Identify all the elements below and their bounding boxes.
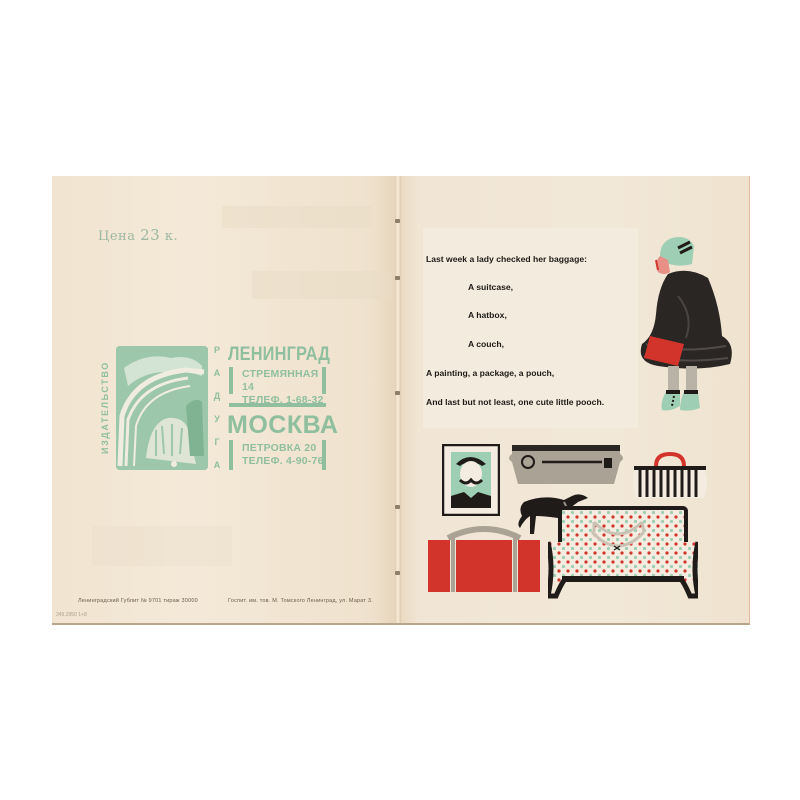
poem-line: A suitcase, <box>468 282 513 292</box>
rainbow-waterfall-logo <box>116 346 208 470</box>
show-through-text <box>222 206 372 228</box>
city-leningrad: ЛЕНИНГРАД <box>228 344 330 366</box>
poem-line: A hatbox, <box>468 310 507 320</box>
leningrad-address: СТРЕМЯННАЯ 14 ТЕЛЕФ. 1-68-32 <box>242 368 332 407</box>
moscow-address: ПЕТРОВКА 20 ТЕЛЕФ. 4-90-76 <box>242 442 324 468</box>
left-page: Цена 23 к. ИЗДАТЕЛЬСТВО Р <box>52 176 398 625</box>
letter: Г <box>214 437 219 447</box>
poem-line: And last but not least, one cute little … <box>426 397 604 407</box>
stitch-hole <box>395 391 400 395</box>
open-book-spread: Цена 23 к. ИЗДАТЕЛЬСТВО Р <box>52 176 749 623</box>
couch-illustration <box>548 506 698 600</box>
pencil-note: 349.2950 1+8 <box>56 612 87 618</box>
divider <box>229 440 233 470</box>
poem-line: A couch, <box>468 339 504 349</box>
stitch-hole <box>395 505 400 509</box>
stitch-hole <box>395 276 400 280</box>
divider <box>229 367 233 394</box>
portrait-painting-illustration <box>442 444 500 516</box>
carpet-bag-illustration <box>630 452 710 502</box>
colophon-left: Ленинградский Гублит № 9701 тираж 30000 <box>78 598 198 604</box>
address-line: СТРЕМЯННАЯ 14 <box>242 368 332 394</box>
publisher-name-vertical: Р А Д У Г А <box>212 345 222 470</box>
lady-in-fur-coat-illustration <box>638 226 748 426</box>
letter: Р <box>214 345 220 355</box>
stitch-hole <box>395 571 400 575</box>
package-illustration <box>506 444 626 488</box>
stitch-hole <box>395 219 400 223</box>
address-line: ПЕТРОВКА 20 <box>242 442 324 455</box>
show-through-text <box>252 271 392 299</box>
publisher-imprint: ИЗДАТЕЛЬСТВО Р А Д У Г <box>100 340 332 480</box>
price-suffix: к. <box>165 229 178 244</box>
show-through-text <box>92 526 232 566</box>
price-value: 23 <box>140 226 160 244</box>
book-spine <box>395 176 401 623</box>
poem-line: A painting, a package, a pouch, <box>426 368 554 378</box>
right-page: Last week a lady checked her baggage: A … <box>398 176 750 625</box>
address-line: ТЕЛЕФ. 4-90-76 <box>242 455 324 468</box>
letter: А <box>214 460 221 470</box>
divider <box>229 403 326 407</box>
suitcase-illustration <box>428 524 540 594</box>
poem-line: Last week a lady checked her baggage: <box>426 254 587 264</box>
letter: Д <box>214 391 220 401</box>
price-label: Цена 23 к. <box>98 226 178 244</box>
letter: У <box>214 414 220 424</box>
city-moscow: МОСКВА <box>227 411 338 440</box>
colophon-right: Госпит. им. тов. М. Томского Ленинград, … <box>228 598 373 604</box>
publisher-label-vertical: ИЗДАТЕЛЬСТВО <box>100 345 112 470</box>
price-prefix: Цена <box>98 229 135 244</box>
letter: А <box>214 368 221 378</box>
